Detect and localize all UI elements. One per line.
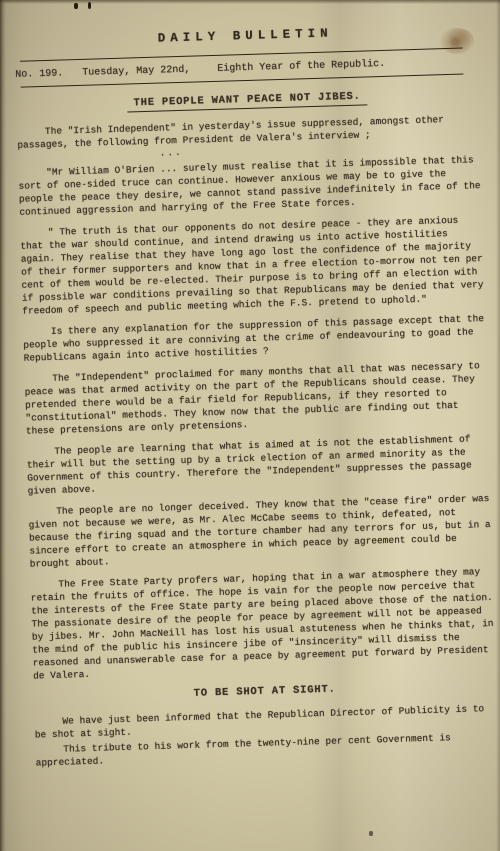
paragraph: The people are learning that what is aim… (26, 432, 489, 498)
document-photo: DAILY BULLETIN No. 199. Tuesday, May 22n… (0, 0, 500, 851)
paragraph: "Mr William O'Brien ... surely must real… (18, 153, 481, 219)
issue-year: Eighth Year of the Republic. (217, 59, 385, 75)
ink-speck (74, 3, 78, 9)
ink-speck (369, 831, 373, 836)
article-heading-peace: THE PEOPLE WANT PEACE NOT JIBES. (16, 87, 478, 114)
paragraph: The people are no longer deceived. They … (28, 492, 492, 571)
paragraph: " The truth is that our opponents do not… (20, 213, 484, 318)
issue-number: No. 199. (15, 68, 63, 80)
paper-left-edge (0, 0, 6, 851)
paragraph: The Free State Party profers war, hoping… (30, 565, 495, 683)
issue-date: Tuesday, May 22nd, (82, 65, 190, 79)
typewritten-content: DAILY BULLETIN No. 199. Tuesday, May 22n… (14, 21, 498, 777)
article-heading-shot: TO BE SHOT AT SIGHT. (34, 679, 496, 706)
ink-speck (88, 2, 91, 9)
paragraph: The "Independent" proclaimed for many mo… (24, 359, 488, 438)
article-heading-peace-text: THE PEOPLE WANT PEACE NOT JIBES. (127, 90, 367, 112)
paragraph: Is there any explanation for the suppres… (23, 312, 486, 365)
